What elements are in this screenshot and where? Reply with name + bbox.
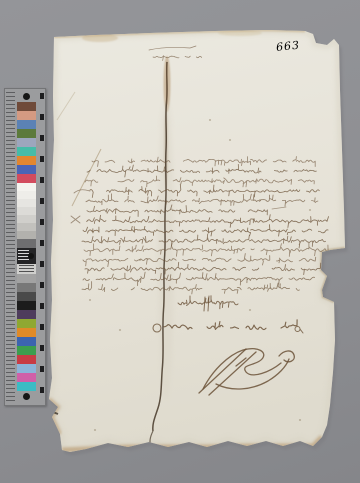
stain bbox=[94, 429, 96, 431]
stain bbox=[309, 209, 311, 211]
manuscript-paper: 663 bbox=[0, 0, 360, 483]
stain bbox=[119, 329, 121, 331]
right-notch-shade bbox=[321, 248, 345, 302]
stain bbox=[209, 119, 211, 121]
stain bbox=[89, 299, 91, 301]
stain bbox=[249, 309, 251, 311]
fold-line-top bbox=[167, 62, 168, 104]
manuscript-photo: 663 bbox=[0, 0, 360, 483]
stain bbox=[218, 30, 262, 36]
stain bbox=[306, 448, 308, 450]
stain bbox=[229, 139, 231, 141]
stain bbox=[82, 34, 118, 42]
stain bbox=[299, 419, 301, 421]
folio-number: 663 bbox=[275, 39, 300, 54]
paper-sheet bbox=[49, 30, 345, 452]
